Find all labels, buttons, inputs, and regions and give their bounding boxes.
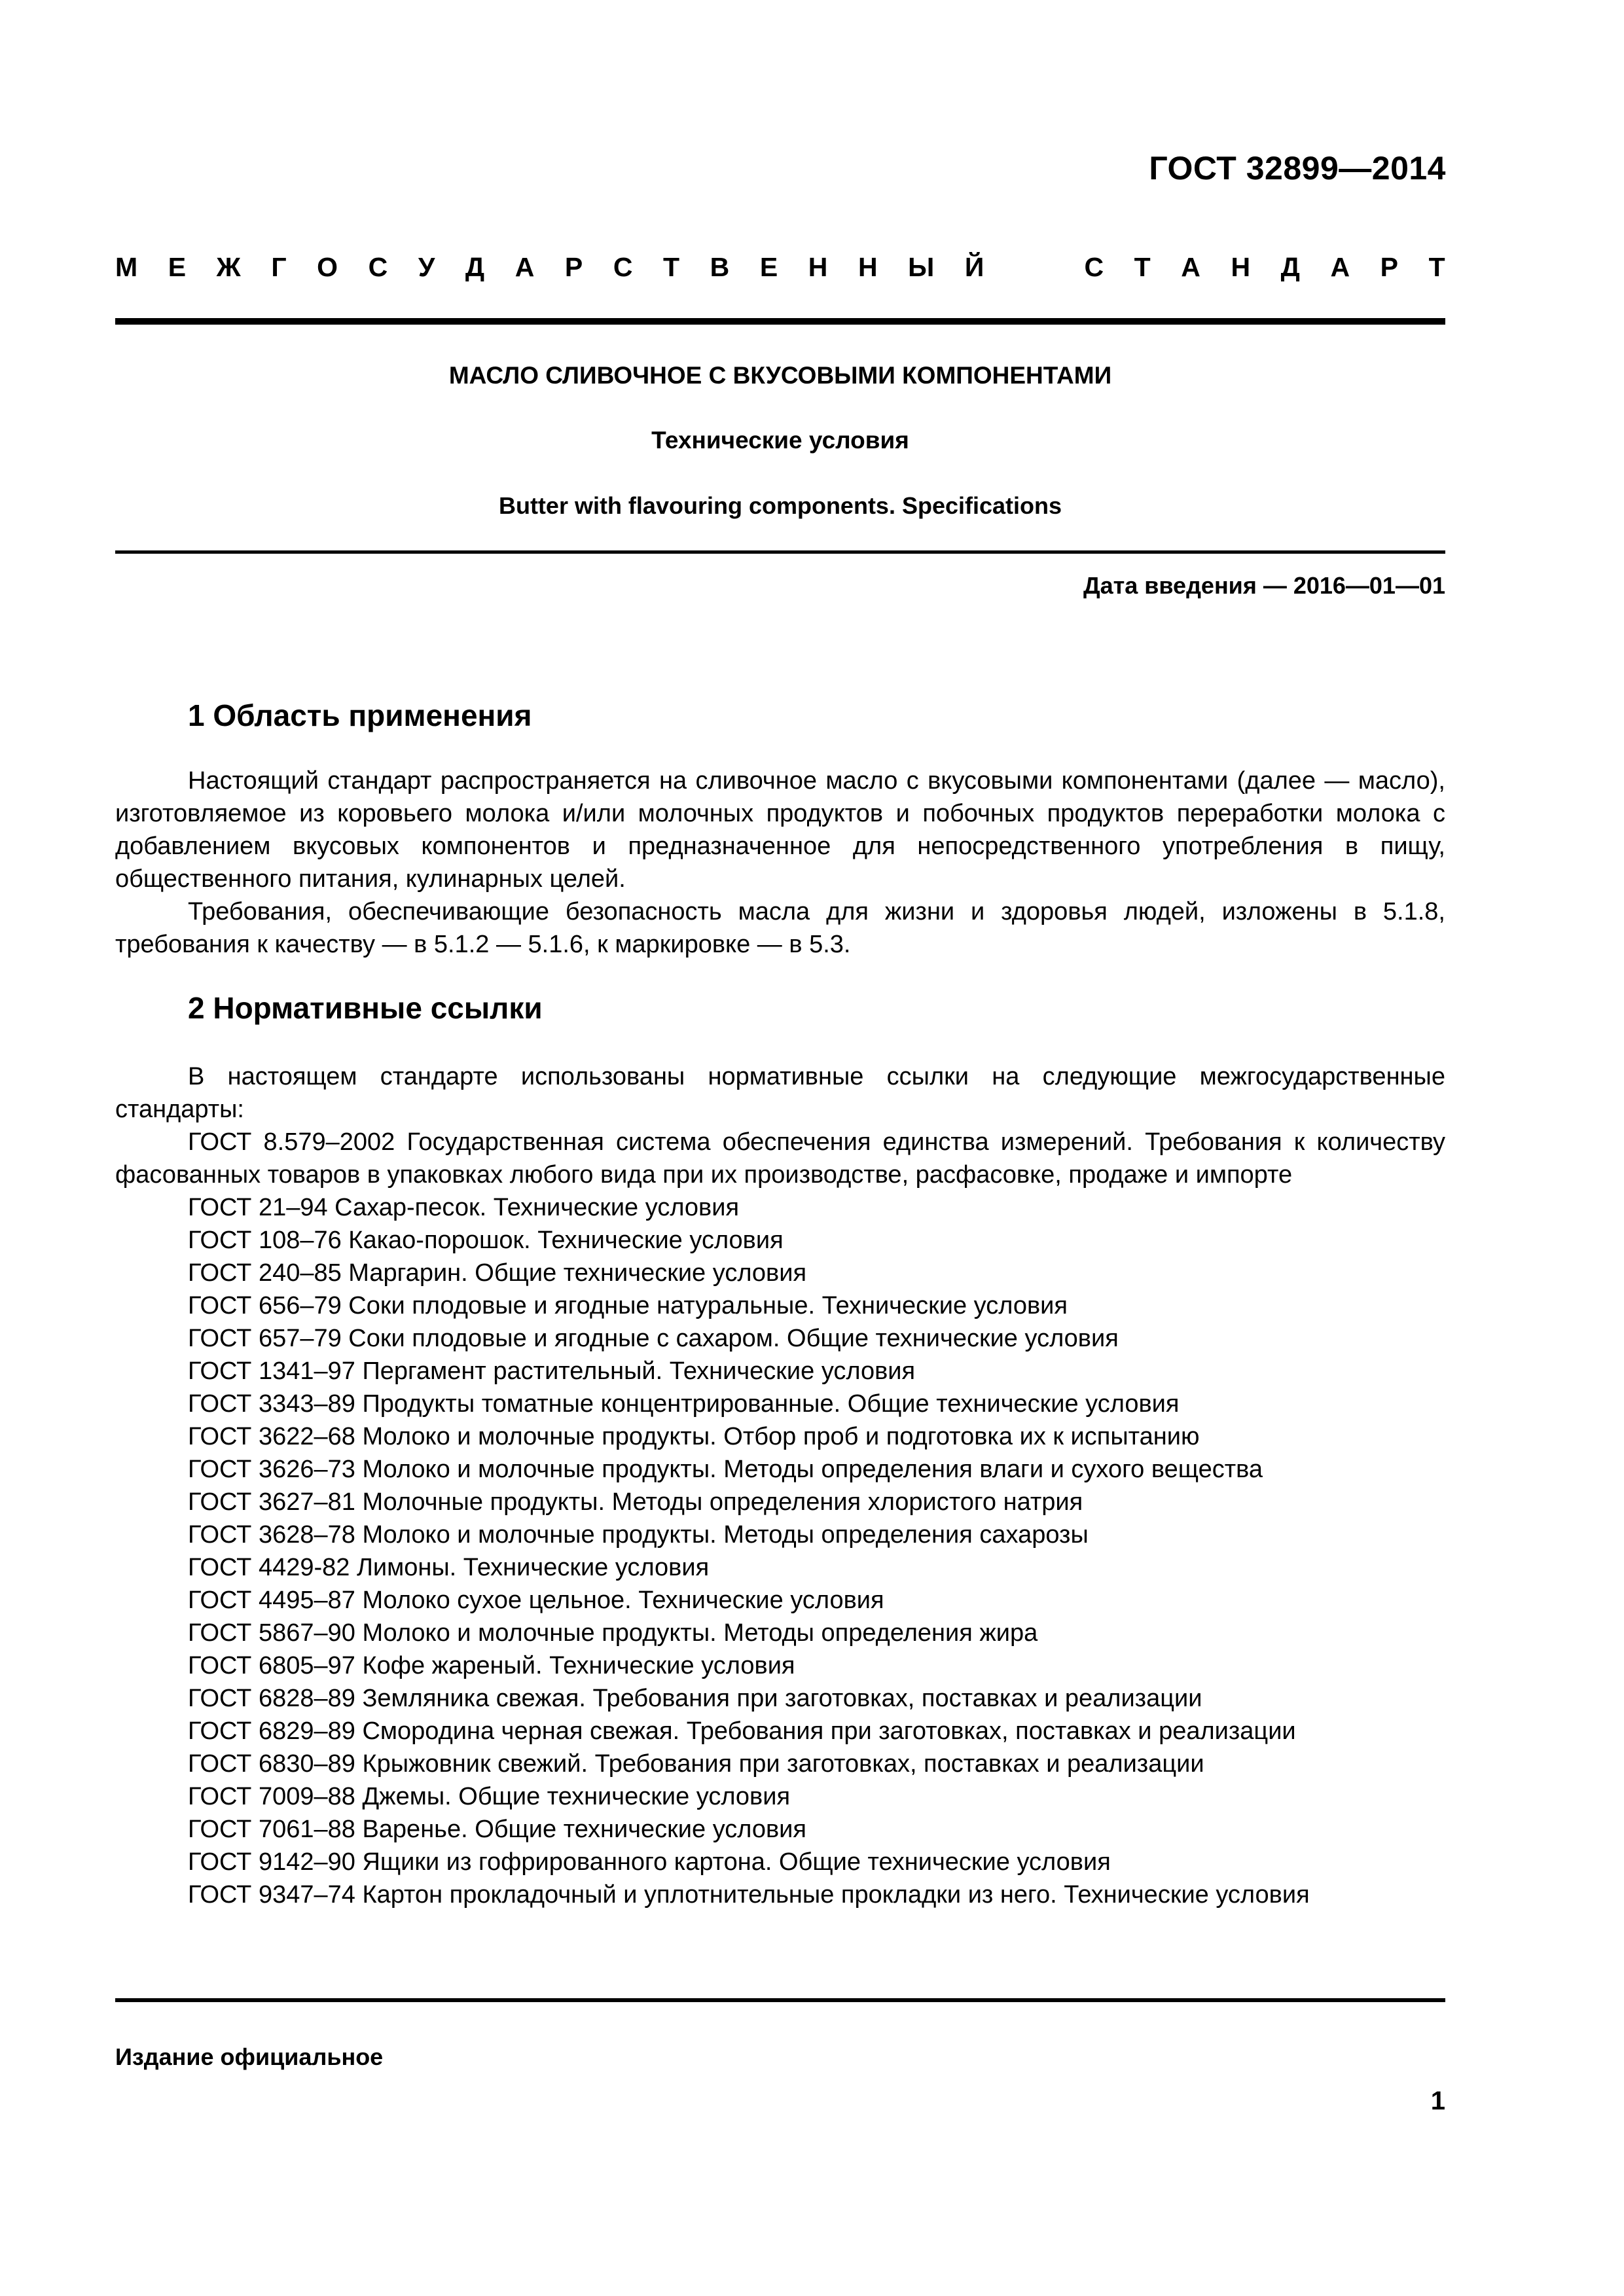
banner-letter: Н — [1231, 252, 1250, 283]
banner-letter: Д — [1281, 252, 1300, 283]
section-heading-scope: 1 Область применения — [188, 698, 532, 733]
banner-letter: М — [115, 252, 137, 283]
banner-letter: А — [1330, 252, 1350, 283]
header-divider — [115, 318, 1445, 325]
section-references-body: В настоящем стандарте использованы норма… — [115, 1060, 1445, 1911]
banner-letter: А — [515, 252, 535, 283]
page-number: 1 — [1431, 2087, 1445, 2116]
reference-item: ГОСТ 3627–81 Молочные продукты. Методы о… — [115, 1486, 1445, 1518]
banner-letter: Р — [565, 252, 583, 283]
reference-item: ГОСТ 3628–78 Молоко и молочные продукты.… — [115, 1518, 1445, 1551]
reference-item: ГОСТ 3343–89 Продукты томатные концентри… — [115, 1388, 1445, 1420]
banner-letter: Е — [760, 252, 778, 283]
reference-item: ГОСТ 240–85 Маргарин. Общие технические … — [115, 1257, 1445, 1289]
reference-item: ГОСТ 4429-82 Лимоны. Технические условия — [115, 1551, 1445, 1584]
banner-word-gap — [1015, 252, 1054, 283]
reference-item: ГОСТ 5867–90 Молоко и молочные продукты.… — [115, 1617, 1445, 1649]
edition-note: Издание официальное — [115, 2043, 383, 2071]
paragraph: Требования, обеспечивающие безопасность … — [115, 895, 1445, 961]
reference-item: ГОСТ 7061–88 Варенье. Общие технические … — [115, 1813, 1445, 1846]
reference-item: ГОСТ 6828–89 Земляника свежая. Требовани… — [115, 1682, 1445, 1715]
banner-letter: Т — [1429, 252, 1445, 283]
reference-item: ГОСТ 6830–89 Крыжовник свежий. Требовани… — [115, 1748, 1445, 1780]
banner-letter: А — [1181, 252, 1200, 283]
banner-letter: Н — [858, 252, 878, 283]
document-subtitle: Технические условия — [115, 427, 1445, 454]
document-page: ГОСТ 32899—2014 МЕЖГОСУДАРСТВЕННЫЙСТАНДА… — [0, 0, 1624, 2296]
paragraph: В настоящем стандарте использованы норма… — [115, 1060, 1445, 1126]
reference-item: ГОСТ 4495–87 Молоко сухое цельное. Техни… — [115, 1584, 1445, 1617]
banner-letter: О — [317, 252, 338, 283]
paragraph: Настоящий стандарт распространяется на с… — [115, 764, 1445, 895]
banner-letter: Ы — [908, 252, 934, 283]
interstate-standard-banner: МЕЖГОСУДАРСТВЕННЫЙСТАНДАРТ — [115, 252, 1445, 283]
reference-item: ГОСТ 7009–88 Джемы. Общие технические ус… — [115, 1780, 1445, 1813]
reference-item: ГОСТ 21–94 Сахар-песок. Технические усло… — [115, 1191, 1445, 1224]
title-divider — [115, 550, 1445, 554]
reference-item: ГОСТ 108–76 Какао-порошок. Технические у… — [115, 1224, 1445, 1257]
reference-item: ГОСТ 3622–68 Молоко и молочные продукты.… — [115, 1420, 1445, 1453]
reference-list: ГОСТ 8.579–2002 Государственная система … — [115, 1126, 1445, 1911]
footer-divider — [115, 1998, 1445, 2002]
banner-letter: У — [418, 252, 435, 283]
document-title-english: Butter with flavouring components. Speci… — [115, 492, 1445, 520]
section-scope-body: Настоящий стандарт распространяется на с… — [115, 764, 1445, 961]
banner-letter: Н — [808, 252, 828, 283]
banner-letter: С — [1084, 252, 1104, 283]
banner-letter: Р — [1380, 252, 1398, 283]
reference-item: ГОСТ 656–79 Соки плодовые и ягодные нату… — [115, 1289, 1445, 1322]
banner-letter: Д — [465, 252, 484, 283]
banner-letter: Т — [663, 252, 679, 283]
banner-letter: Й — [965, 252, 984, 283]
banner-letter: Г — [271, 252, 286, 283]
reference-item: ГОСТ 657–79 Соки плодовые и ягодные с са… — [115, 1322, 1445, 1355]
banner-letter: Ж — [217, 252, 241, 283]
reference-item: ГОСТ 8.579–2002 Государственная система … — [115, 1126, 1445, 1191]
introduction-date: Дата введения — 2016—01—01 — [1083, 572, 1445, 600]
banner-letter: В — [710, 252, 730, 283]
reference-item: ГОСТ 6805–97 Кофе жареный. Технические у… — [115, 1649, 1445, 1682]
section-heading-normative-references: 2 Нормативные ссылки — [188, 990, 543, 1026]
reference-item: ГОСТ 9347–74 Картон прокладочный и уплот… — [115, 1878, 1445, 1911]
reference-item: ГОСТ 6829–89 Смородина черная свежая. Тр… — [115, 1715, 1445, 1748]
banner-letter: С — [369, 252, 388, 283]
banner-letter: С — [613, 252, 633, 283]
banner-letter: Т — [1134, 252, 1151, 283]
document-title: МАСЛО СЛИВОЧНОЕ С ВКУСОВЫМИ КОМПОНЕНТАМИ — [115, 362, 1445, 389]
document-number: ГОСТ 32899—2014 — [1149, 149, 1446, 187]
banner-letter: Е — [168, 252, 186, 283]
reference-item: ГОСТ 3626–73 Молоко и молочные продукты.… — [115, 1453, 1445, 1486]
reference-item: ГОСТ 1341–97 Пергамент растительный. Тех… — [115, 1355, 1445, 1388]
reference-item: ГОСТ 9142–90 Ящики из гофрированного кар… — [115, 1846, 1445, 1878]
